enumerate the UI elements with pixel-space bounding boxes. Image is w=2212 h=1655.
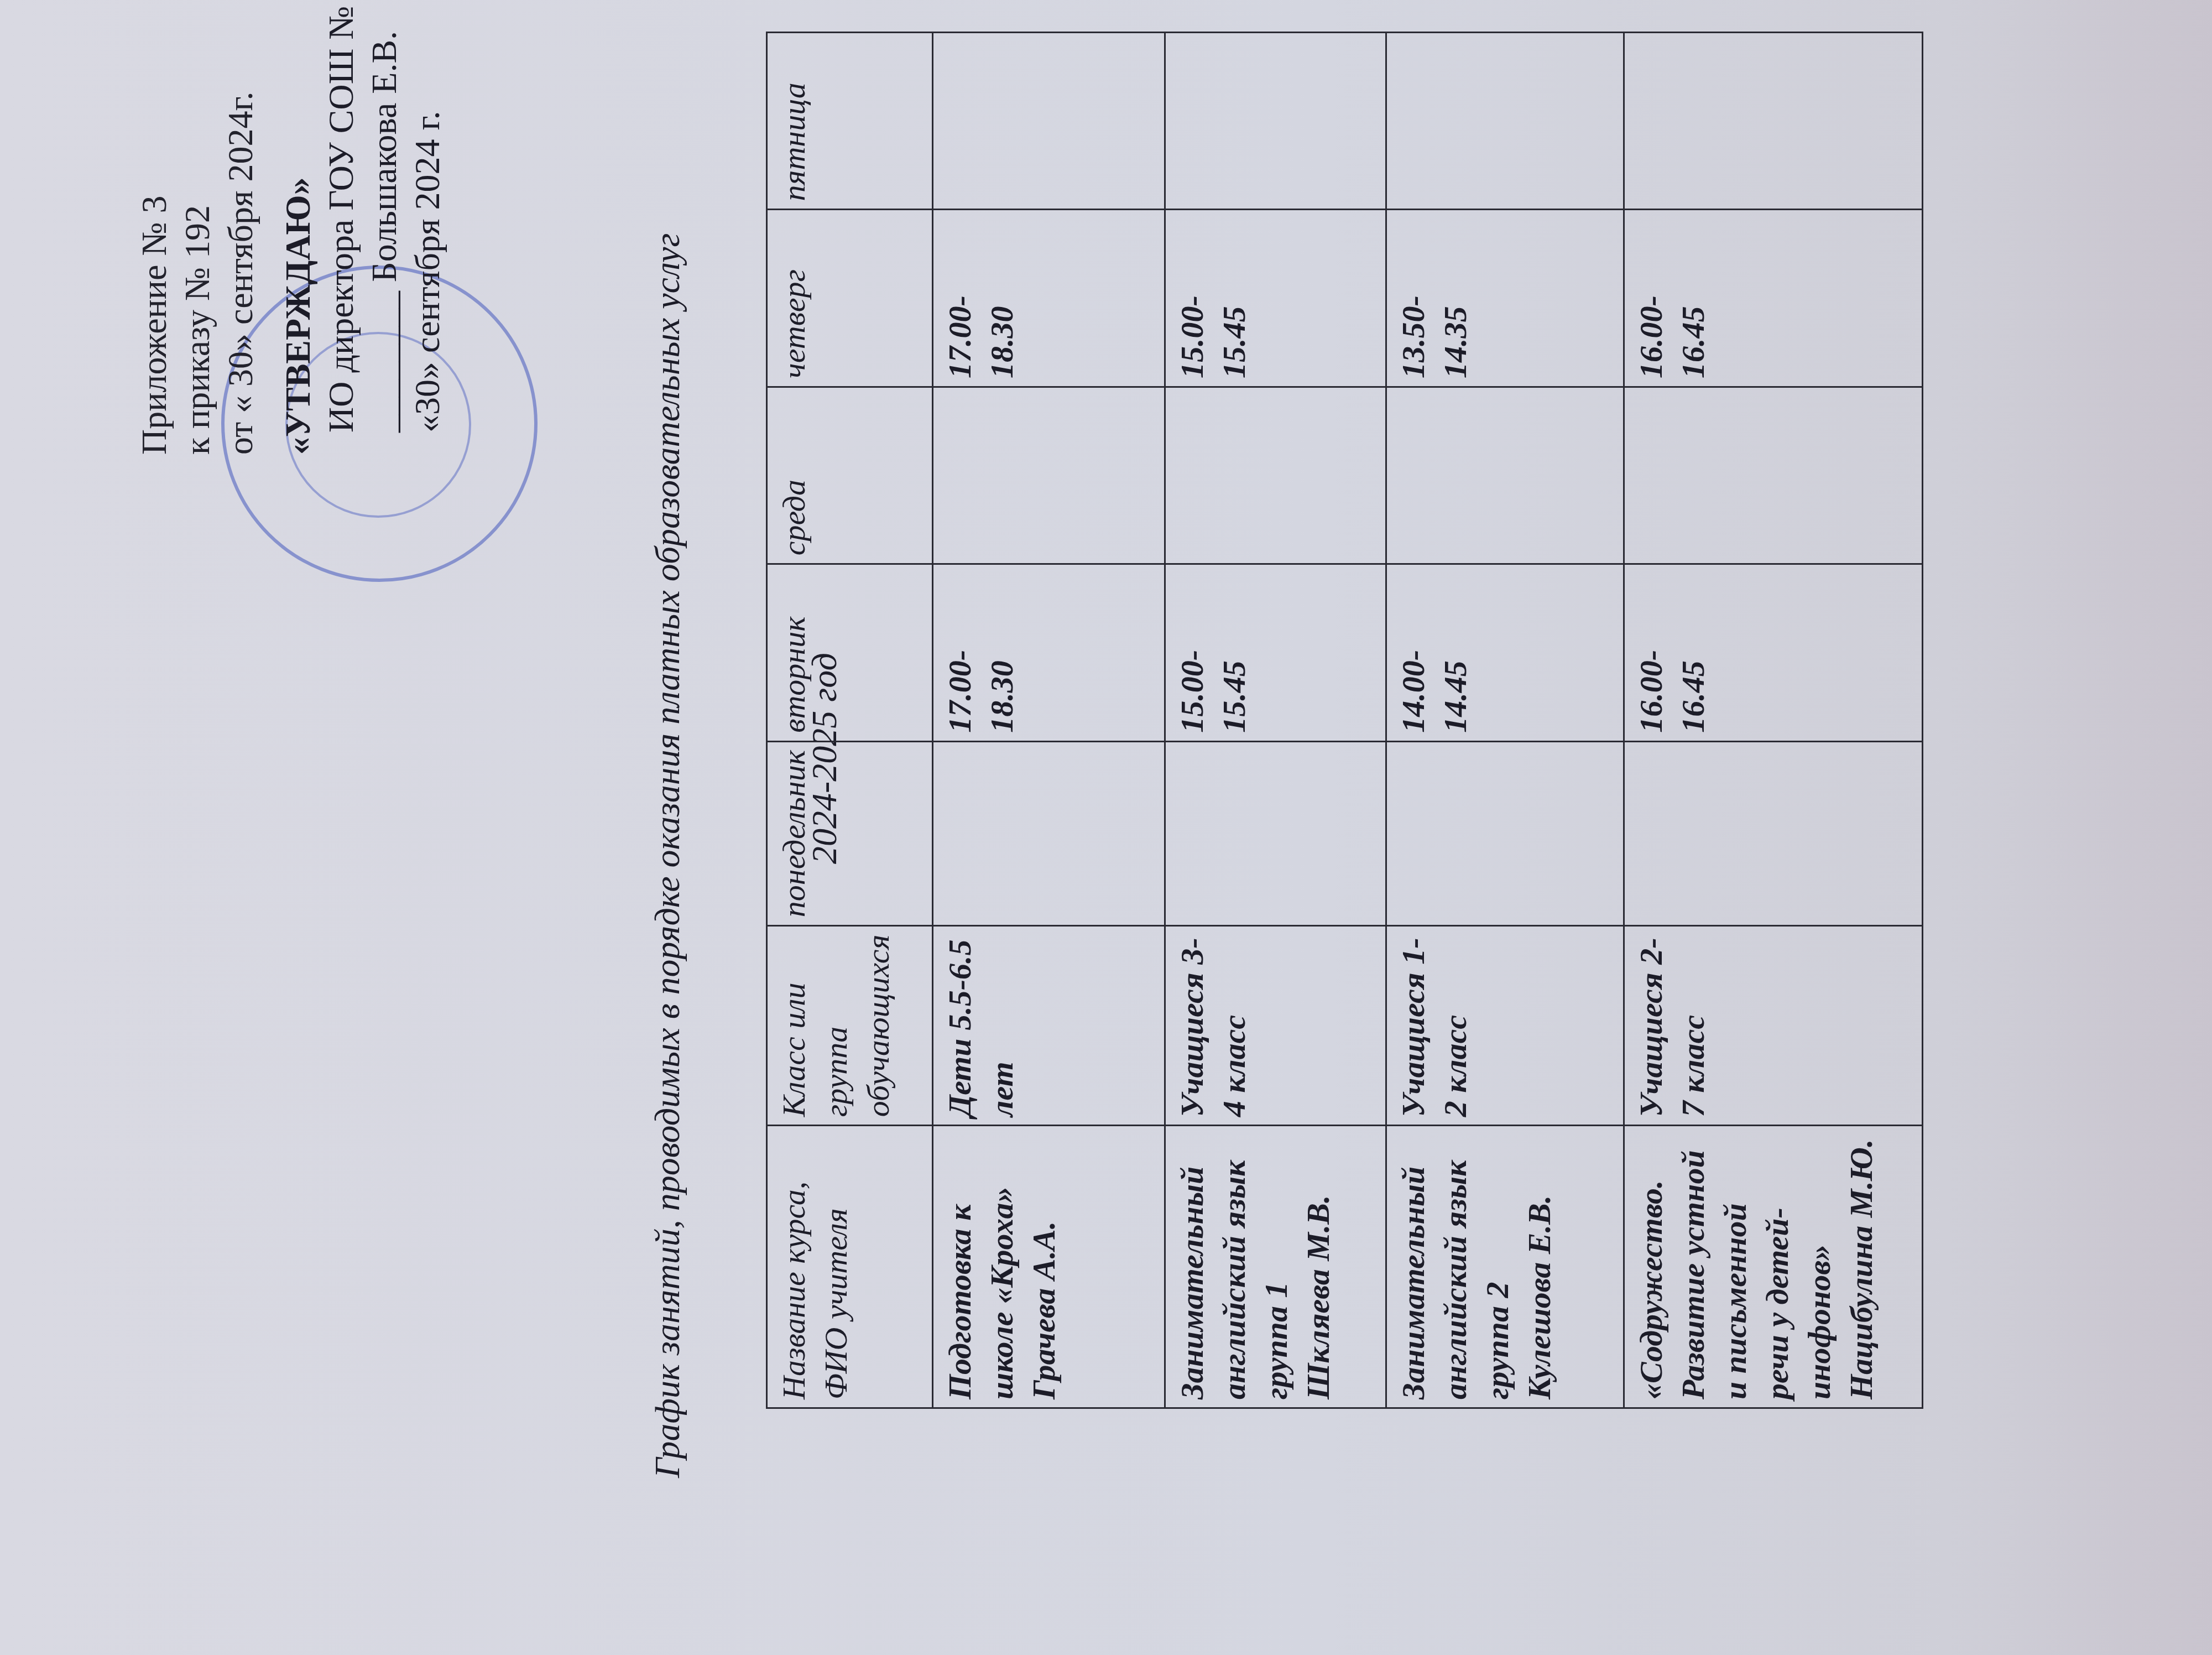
header-friday: пятница <box>767 33 933 210</box>
header-wednesday: среда <box>767 387 933 564</box>
approver-signature: ________ Большакова Е.В. <box>363 0 406 433</box>
header-thursday: четверг <box>767 210 933 387</box>
thursday-cell: 15.00- 15.45 <box>1165 210 1386 387</box>
table-header-row: Название курса, ФИО учителя Класс или гр… <box>767 33 933 1408</box>
wednesday-cell <box>1386 387 1624 564</box>
tuesday-cell: 15.00- 15.45 <box>1165 564 1386 741</box>
friday-cell <box>933 33 1165 210</box>
approval-title: «УТВЕРЖДАЮ» <box>276 0 320 455</box>
appendix-reference: Приложение № 3 к приказу № 192 от « 30» … <box>133 91 262 455</box>
monday-cell <box>1386 741 1624 925</box>
thursday-cell: 13.50- 14.35 <box>1386 210 1624 387</box>
table-row: Подготовка к школе «Кроха» Грачева А.А. … <box>933 33 1165 1408</box>
group-cell: Учащиеся 1-2 класс <box>1386 926 1624 1126</box>
document-page: Приложение № 3 к приказу № 192 от « 30» … <box>0 0 2212 1655</box>
approval-block: «УТВЕРЖДАЮ» ИО директора ГОУ СОШ № 269 _… <box>276 0 449 433</box>
order-number: к приказу № 192 <box>176 91 219 455</box>
page-title: График занятий, проводимых в порядке ока… <box>647 51 688 1478</box>
course-cell: «Содружество. Развитие устной и письменн… <box>1624 1126 1923 1408</box>
table-row: Занимательный английский язык группа 2 К… <box>1386 33 1624 1408</box>
tuesday-cell: 14.00- 14.45 <box>1386 564 1624 741</box>
thursday-cell: 16.00- 16.45 <box>1624 210 1923 387</box>
header-group: Класс или группа обучающихся <box>767 926 933 1126</box>
wednesday-cell <box>1165 387 1386 564</box>
monday-cell <box>933 741 1165 925</box>
approval-date: «30» сентября 2024 г. <box>406 0 449 433</box>
course-cell: Занимательный английский язык группа 1 Ш… <box>1165 1126 1386 1408</box>
group-cell: Учащиеся 2-7 класс <box>1624 926 1923 1126</box>
schedule-table: Название курса, ФИО учителя Класс или гр… <box>766 32 1923 1409</box>
friday-cell <box>1624 33 1923 210</box>
table-row: Занимательный английский язык группа 1 Ш… <box>1165 33 1386 1408</box>
monday-cell <box>1165 741 1386 925</box>
course-cell: Занимательный английский язык группа 2 К… <box>1386 1126 1624 1408</box>
monday-cell <box>1624 741 1923 925</box>
header-tuesday: вторник <box>767 564 933 741</box>
friday-cell <box>1386 33 1624 210</box>
wednesday-cell <box>933 387 1165 564</box>
tuesday-cell: 16.00- 16.45 <box>1624 564 1923 741</box>
order-date: от « 30» сентября 2024г. <box>219 91 262 455</box>
tuesday-cell: 17.00- 18.30 <box>933 564 1165 741</box>
header-monday: понедельник <box>767 741 933 925</box>
appendix-number: Приложение № 3 <box>133 91 176 455</box>
table-row: «Содружество. Развитие устной и письменн… <box>1624 33 1923 1408</box>
group-cell: Учащиеся 3-4 класс <box>1165 926 1386 1126</box>
wednesday-cell <box>1624 387 1923 564</box>
header-course: Название курса, ФИО учителя <box>767 1126 933 1408</box>
approver-position: ИО директора ГОУ СОШ № 269 <box>320 0 363 433</box>
course-cell: Подготовка к школе «Кроха» Грачева А.А. <box>933 1126 1165 1408</box>
group-cell: Дети 5.5-6.5 лет <box>933 926 1165 1126</box>
friday-cell <box>1165 33 1386 210</box>
thursday-cell: 17.00- 18.30 <box>933 210 1165 387</box>
